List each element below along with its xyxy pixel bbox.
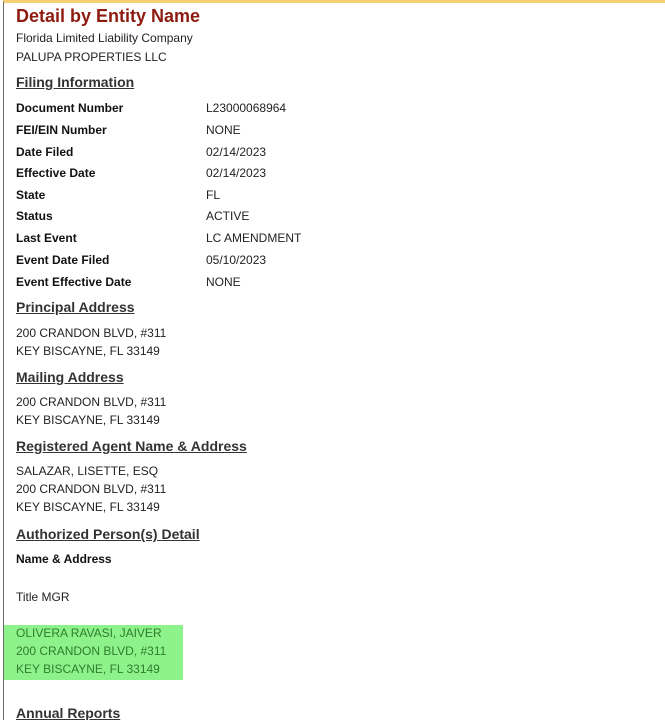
filing-value: 05/10/2023 bbox=[206, 253, 266, 267]
filing-value: NONE bbox=[206, 275, 241, 289]
filing-value: 02/14/2023 bbox=[206, 166, 266, 180]
authorized-persons-heading: Authorized Person(s) Detail bbox=[16, 526, 200, 542]
principal-address-heading: Principal Address bbox=[16, 299, 135, 315]
filing-information-heading: Filing Information bbox=[16, 74, 134, 90]
entity-name: PALUPA PROPERTIES LLC bbox=[16, 50, 167, 64]
registered-agent-line: KEY BISCAYNE, FL 33149 bbox=[16, 500, 160, 514]
filing-row-last-event: Last Event LC AMENDMENT bbox=[16, 231, 616, 247]
filing-value: 02/14/2023 bbox=[206, 145, 266, 159]
filing-label: Effective Date bbox=[16, 166, 95, 180]
filing-label: Last Event bbox=[16, 231, 77, 245]
filing-value: FL bbox=[206, 188, 220, 202]
filing-label: State bbox=[16, 188, 45, 202]
name-address-label: Name & Address bbox=[16, 552, 112, 566]
person-title: Title MGR bbox=[16, 590, 70, 604]
filing-value: NONE bbox=[206, 123, 241, 137]
filing-row-document-number: Document Number L23000068964 bbox=[16, 101, 616, 117]
principal-address-line: 200 CRANDON BLVD, #311 bbox=[16, 326, 166, 340]
filing-label: Event Date Filed bbox=[16, 253, 109, 267]
filing-value: L23000068964 bbox=[206, 101, 286, 115]
principal-address-line: KEY BISCAYNE, FL 33149 bbox=[16, 344, 160, 358]
filing-row-event-date-filed: Event Date Filed 05/10/2023 bbox=[16, 253, 616, 269]
filing-row-date-filed: Date Filed 02/14/2023 bbox=[16, 145, 616, 161]
registered-agent-line: 200 CRANDON BLVD, #311 bbox=[16, 482, 166, 496]
filing-label: FEI/EIN Number bbox=[16, 123, 107, 137]
mailing-address-heading: Mailing Address bbox=[16, 369, 124, 385]
annual-reports-heading: Annual Reports bbox=[16, 705, 120, 720]
page-title: Detail by Entity Name bbox=[16, 6, 200, 27]
filing-label: Date Filed bbox=[16, 145, 73, 159]
filing-row-fei-ein: FEI/EIN Number NONE bbox=[16, 123, 616, 139]
filing-label: Document Number bbox=[16, 101, 123, 115]
mailing-address-line: KEY BISCAYNE, FL 33149 bbox=[16, 413, 160, 427]
mailing-address-line: 200 CRANDON BLVD, #311 bbox=[16, 395, 166, 409]
filing-label: Event Effective Date bbox=[16, 275, 131, 289]
person-address-line: 200 CRANDON BLVD, #311 bbox=[16, 644, 166, 658]
person-address-line: KEY BISCAYNE, FL 33149 bbox=[16, 662, 160, 676]
filing-label: Status bbox=[16, 209, 53, 223]
person-name: OLIVERA RAVASI, JAIVER bbox=[16, 626, 162, 640]
filing-row-event-effective-date: Event Effective Date NONE bbox=[16, 275, 616, 291]
filing-row-effective-date: Effective Date 02/14/2023 bbox=[16, 166, 616, 182]
filing-row-status: Status ACTIVE bbox=[16, 209, 616, 225]
entity-type: Florida Limited Liability Company bbox=[16, 31, 193, 45]
filing-row-state: State FL bbox=[16, 188, 616, 204]
status-badge: ACTIVE bbox=[206, 209, 249, 223]
filing-value: LC AMENDMENT bbox=[206, 231, 301, 245]
registered-agent-line: SALAZAR, LISETTE, ESQ bbox=[16, 464, 158, 478]
registered-agent-heading: Registered Agent Name & Address bbox=[16, 438, 247, 454]
